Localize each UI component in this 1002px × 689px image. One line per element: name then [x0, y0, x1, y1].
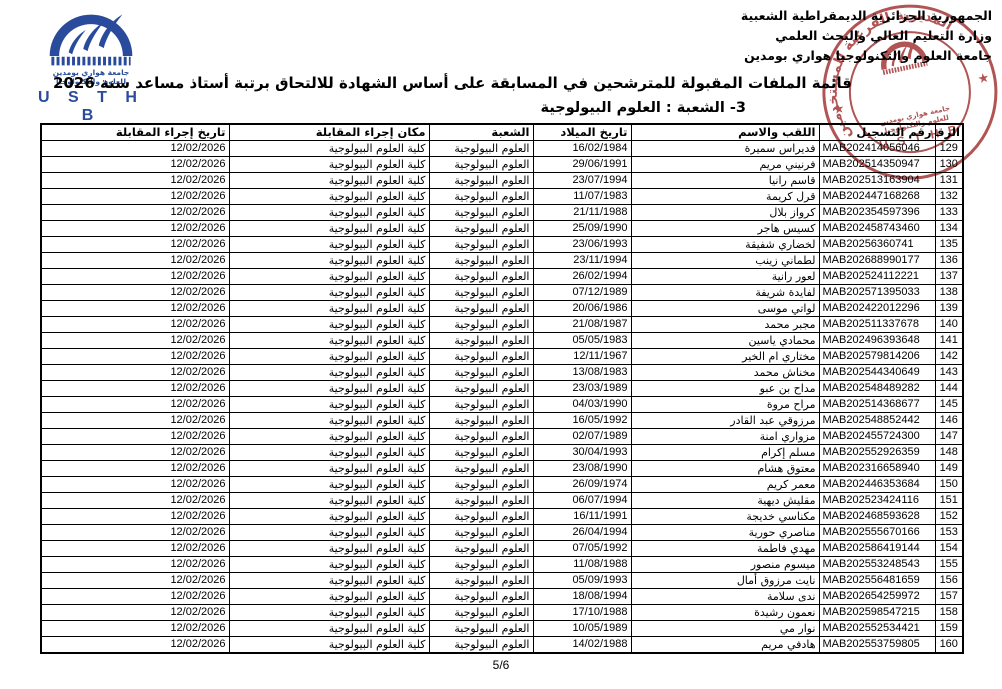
cell-no: 134 [935, 221, 963, 237]
cell-reg: MAB202468593628 [819, 509, 935, 525]
cell-branch: العلوم البيولوجية [429, 509, 533, 525]
cell-branch: العلوم البيولوجية [429, 589, 533, 605]
cell-reg: MAB202422012296 [819, 301, 935, 317]
cell-reg: MAB202514350947 [819, 157, 935, 173]
cell-no: 132 [935, 189, 963, 205]
cell-birth: 26/09/1974 [533, 477, 631, 493]
letterhead: الجمهورية الجزائرية الديمقراطية الشعبية … [741, 6, 992, 66]
cell-reg: MAB20256360741 [819, 237, 935, 253]
cell-place: كلية العلوم البيولوجية [229, 173, 429, 189]
cell-birth: 23/08/1990 [533, 461, 631, 477]
cell-birth: 25/09/1990 [533, 221, 631, 237]
page-number: 5/6 [0, 658, 1002, 672]
cell-reg: MAB202553248543 [819, 557, 935, 573]
table-row: 156MAB202556481659نايت مرزوق أمال05/09/1… [41, 573, 963, 589]
cell-place: كلية العلوم البيولوجية [229, 637, 429, 654]
cell-birth: 14/02/1988 [533, 637, 631, 654]
cell-place: كلية العلوم البيولوجية [229, 381, 429, 397]
table-row: 142MAB202579814206مختاري ام الخير12/11/1… [41, 349, 963, 365]
cell-idate: 12/02/2026 [41, 541, 229, 557]
cell-name: نوار مي [631, 621, 819, 637]
cell-idate: 12/02/2026 [41, 381, 229, 397]
cell-no: 129 [935, 141, 963, 157]
cell-no: 157 [935, 589, 963, 605]
cell-no: 138 [935, 285, 963, 301]
cell-birth: 04/03/1990 [533, 397, 631, 413]
cell-branch: العلوم البيولوجية [429, 365, 533, 381]
table-row: 140MAB202511337678مجبر محمد21/08/1987الع… [41, 317, 963, 333]
cell-name: مكناسي خديجة [631, 509, 819, 525]
column-header-2: اللقب والاسم [631, 124, 819, 141]
cell-no: 148 [935, 445, 963, 461]
cell-branch: العلوم البيولوجية [429, 637, 533, 654]
letterhead-country: الجمهورية الجزائرية الديمقراطية الشعبية [741, 6, 992, 26]
cell-place: كلية العلوم البيولوجية [229, 573, 429, 589]
cell-birth: 16/05/1992 [533, 413, 631, 429]
cell-no: 140 [935, 317, 963, 333]
cell-birth: 23/07/1994 [533, 173, 631, 189]
cell-place: كلية العلوم البيولوجية [229, 541, 429, 557]
cell-birth: 07/12/1989 [533, 285, 631, 301]
column-header-3: تاريخ الميلاد [533, 124, 631, 141]
cell-reg: MAB202555670166 [819, 525, 935, 541]
cell-idate: 12/02/2026 [41, 301, 229, 317]
cell-name: لفايدة شريفة [631, 285, 819, 301]
stamp-star-left: ★ [832, 101, 847, 118]
table-row: 132MAB202447168268قرل كريمة11/07/1983الع… [41, 189, 963, 205]
cell-place: كلية العلوم البيولوجية [229, 445, 429, 461]
cell-place: كلية العلوم البيولوجية [229, 269, 429, 285]
cell-place: كلية العلوم البيولوجية [229, 477, 429, 493]
cell-reg: MAB202598547215 [819, 605, 935, 621]
cell-no: 142 [935, 349, 963, 365]
cell-place: كلية العلوم البيولوجية [229, 253, 429, 269]
cell-name: مقليش ديهية [631, 493, 819, 509]
column-header-1: رقم التسجيل [819, 124, 935, 141]
cell-idate: 12/02/2026 [41, 189, 229, 205]
cell-idate: 12/02/2026 [41, 461, 229, 477]
cell-birth: 21/11/1988 [533, 205, 631, 221]
cell-no: 146 [935, 413, 963, 429]
table-row: 138MAB202571395033لفايدة شريفة07/12/1989… [41, 285, 963, 301]
cell-branch: العلوم البيولوجية [429, 477, 533, 493]
cell-no: 151 [935, 493, 963, 509]
cell-place: كلية العلوم البيولوجية [229, 221, 429, 237]
document-page: جامعة هواري بومدين للعلوم والتكنولوجيا U… [0, 0, 1002, 689]
cell-place: كلية العلوم البيولوجية [229, 605, 429, 621]
cell-birth: 26/02/1994 [533, 269, 631, 285]
cell-idate: 12/02/2026 [41, 589, 229, 605]
column-header-6: تاريخ إجراء المقابلة [41, 124, 229, 141]
cell-name: مهدي فاطمة [631, 541, 819, 557]
cell-place: كلية العلوم البيولوجية [229, 493, 429, 509]
cell-reg: MAB202579814206 [819, 349, 935, 365]
cell-branch: العلوم البيولوجية [429, 621, 533, 637]
table-row: 135MAB20256360741لخضاري شفيقة23/06/1993ا… [41, 237, 963, 253]
table-row: 150MAB202446353684معمر كريم26/09/1974الع… [41, 477, 963, 493]
cell-name: لطماني زينب [631, 253, 819, 269]
table-row: 157MAB202654259972ندى سلامة18/08/1994الع… [41, 589, 963, 605]
cell-branch: العلوم البيولوجية [429, 381, 533, 397]
cell-birth: 07/05/1992 [533, 541, 631, 557]
cell-idate: 12/02/2026 [41, 253, 229, 269]
logo-acronym: U S T H B [30, 89, 152, 125]
cell-idate: 12/02/2026 [41, 173, 229, 189]
cell-no: 156 [935, 573, 963, 589]
cell-birth: 12/11/1967 [533, 349, 631, 365]
cell-name: مزواري امنة [631, 429, 819, 445]
cell-name: معتوق هشام [631, 461, 819, 477]
cell-branch: العلوم البيولوجية [429, 141, 533, 157]
cell-no: 136 [935, 253, 963, 269]
cell-idate: 12/02/2026 [41, 525, 229, 541]
cell-reg: MAB202688990177 [819, 253, 935, 269]
table-row: 143MAB202544340649مخناش محمد13/08/1983ال… [41, 365, 963, 381]
cell-no: 155 [935, 557, 963, 573]
cell-birth: 05/09/1993 [533, 573, 631, 589]
cell-place: كلية العلوم البيولوجية [229, 237, 429, 253]
cell-name: مجبر محمد [631, 317, 819, 333]
cell-place: كلية العلوم البيولوجية [229, 365, 429, 381]
cell-reg: MAB202544340649 [819, 365, 935, 381]
candidates-table-body: 129MAB202414056046فديراس سميرة16/02/1984… [41, 141, 963, 654]
section-label: 3- الشعبة : العلوم البيولوجية [541, 100, 746, 116]
cell-branch: العلوم البيولوجية [429, 333, 533, 349]
cell-place: كلية العلوم البيولوجية [229, 397, 429, 413]
cell-no: 133 [935, 205, 963, 221]
cell-reg: MAB202514368677 [819, 397, 935, 413]
cell-place: كلية العلوم البيولوجية [229, 285, 429, 301]
cell-branch: العلوم البيولوجية [429, 173, 533, 189]
table-row: 146MAB202548852442مرزوقي عبد القادر16/05… [41, 413, 963, 429]
cell-reg: MAB202524112221 [819, 269, 935, 285]
cell-idate: 12/02/2026 [41, 205, 229, 221]
table-row: 147MAB202455724300مزواري امنة02/07/1989ا… [41, 429, 963, 445]
candidates-table: الرقمرقم التسجيلاللقب والاسمتاريخ الميلا… [40, 123, 964, 654]
table-row: 153MAB202555670166مناصري حورية26/04/1994… [41, 525, 963, 541]
cell-place: كلية العلوم البيولوجية [229, 141, 429, 157]
cell-no: 158 [935, 605, 963, 621]
cell-branch: العلوم البيولوجية [429, 301, 533, 317]
cell-no: 143 [935, 365, 963, 381]
cell-branch: العلوم البيولوجية [429, 605, 533, 621]
cell-name: مرزوقي عبد القادر [631, 413, 819, 429]
table-row: 154MAB202586419144مهدي فاطمة07/05/1992ال… [41, 541, 963, 557]
cell-branch: العلوم البيولوجية [429, 237, 533, 253]
cell-idate: 12/02/2026 [41, 493, 229, 509]
cell-branch: العلوم البيولوجية [429, 397, 533, 413]
table-row: 137MAB202524112221لعور رانية26/02/1994ال… [41, 269, 963, 285]
cell-name: مراح مروة [631, 397, 819, 413]
cell-branch: العلوم البيولوجية [429, 221, 533, 237]
candidates-table-wrap: الرقمرقم التسجيلاللقب والاسمتاريخ الميلا… [40, 123, 964, 654]
cell-name: قاسم رانيا [631, 173, 819, 189]
cell-no: 159 [935, 621, 963, 637]
cell-reg: MAB202654259972 [819, 589, 935, 605]
cell-reg: MAB202548852442 [819, 413, 935, 429]
cell-branch: العلوم البيولوجية [429, 189, 533, 205]
cell-branch: العلوم البيولوجية [429, 157, 533, 173]
cell-name: مختاري ام الخير [631, 349, 819, 365]
cell-place: كلية العلوم البيولوجية [229, 157, 429, 173]
table-row: 158MAB202598547215نعمون رشيدة17/10/1988ا… [41, 605, 963, 621]
cell-place: كلية العلوم البيولوجية [229, 333, 429, 349]
cell-birth: 29/06/1991 [533, 157, 631, 173]
table-row: 148MAB202552926359مسلم إكرام30/04/1993ال… [41, 445, 963, 461]
cell-idate: 12/02/2026 [41, 509, 229, 525]
cell-branch: العلوم البيولوجية [429, 285, 533, 301]
cell-no: 145 [935, 397, 963, 413]
cell-place: كلية العلوم البيولوجية [229, 349, 429, 365]
cell-branch: العلوم البيولوجية [429, 573, 533, 589]
cell-name: هادفي مريم [631, 637, 819, 654]
table-row: 159MAB202552534421نوار مي10/05/1989العلو… [41, 621, 963, 637]
cell-branch: العلوم البيولوجية [429, 349, 533, 365]
table-row: 139MAB202422012296لواتي موسى20/06/1986ال… [41, 301, 963, 317]
cell-reg: MAB202511337678 [819, 317, 935, 333]
cell-name: كرواز بلال [631, 205, 819, 221]
table-row: 145MAB202514368677مراح مروة04/03/1990الع… [41, 397, 963, 413]
cell-birth: 05/05/1983 [533, 333, 631, 349]
cell-no: 150 [935, 477, 963, 493]
column-header-4: الشعبة [429, 124, 533, 141]
cell-place: كلية العلوم البيولوجية [229, 301, 429, 317]
cell-birth: 10/05/1989 [533, 621, 631, 637]
cell-place: كلية العلوم البيولوجية [229, 525, 429, 541]
cell-reg: MAB202571395033 [819, 285, 935, 301]
cell-birth: 21/08/1987 [533, 317, 631, 333]
cell-birth: 17/10/1988 [533, 605, 631, 621]
cell-no: 141 [935, 333, 963, 349]
cell-birth: 02/07/1989 [533, 429, 631, 445]
cell-birth: 23/11/1994 [533, 253, 631, 269]
cell-idate: 12/02/2026 [41, 157, 229, 173]
table-row: 129MAB202414056046فديراس سميرة16/02/1984… [41, 141, 963, 157]
cell-idate: 12/02/2026 [41, 477, 229, 493]
cell-idate: 12/02/2026 [41, 605, 229, 621]
cell-birth: 16/02/1984 [533, 141, 631, 157]
column-header-0: الرقم [935, 124, 963, 141]
cell-no: 152 [935, 509, 963, 525]
table-row: 130MAB202514350947فرنيني مريم29/06/1991ا… [41, 157, 963, 173]
page-title: قائمة الملفات المقبولة للمترشحين في المس… [0, 74, 905, 92]
cell-name: معمر كريم [631, 477, 819, 493]
cell-idate: 12/02/2026 [41, 269, 229, 285]
cell-reg: MAB202552534421 [819, 621, 935, 637]
cell-place: كلية العلوم البيولوجية [229, 317, 429, 333]
cell-birth: 06/07/1994 [533, 493, 631, 509]
cell-name: نايت مرزوق أمال [631, 573, 819, 589]
cell-branch: العلوم البيولوجية [429, 317, 533, 333]
cell-reg: MAB202523424116 [819, 493, 935, 509]
cell-place: كلية العلوم البيولوجية [229, 429, 429, 445]
cell-reg: MAB202548489282 [819, 381, 935, 397]
cell-reg: MAB202446353684 [819, 477, 935, 493]
cell-birth: 13/08/1983 [533, 365, 631, 381]
cell-birth: 20/06/1986 [533, 301, 631, 317]
cell-reg: MAB202496393648 [819, 333, 935, 349]
cell-place: كلية العلوم البيولوجية [229, 461, 429, 477]
cell-idate: 12/02/2026 [41, 141, 229, 157]
cell-no: 149 [935, 461, 963, 477]
cell-idate: 12/02/2026 [41, 573, 229, 589]
cell-idate: 12/02/2026 [41, 557, 229, 573]
cell-no: 137 [935, 269, 963, 285]
table-row: 151MAB202523424116مقليش ديهية06/07/1994ا… [41, 493, 963, 509]
letterhead-ministry: وزارة التعليم العالي والبحث العلمي [741, 26, 992, 46]
table-row: 144MAB202548489282مداح بن عبو23/03/1989ا… [41, 381, 963, 397]
cell-no: 154 [935, 541, 963, 557]
cell-branch: العلوم البيولوجية [429, 429, 533, 445]
stamp-star-right: ★ [976, 70, 991, 87]
cell-birth: 18/08/1994 [533, 589, 631, 605]
cell-reg: MAB202556481659 [819, 573, 935, 589]
table-row: 160MAB202553759805هادفي مريم14/02/1988ال… [41, 637, 963, 654]
cell-idate: 12/02/2026 [41, 221, 229, 237]
cell-idate: 12/02/2026 [41, 429, 229, 445]
table-row: 134MAB202458743460كسيس هاجر25/09/1990الع… [41, 221, 963, 237]
cell-reg: MAB202553759805 [819, 637, 935, 654]
table-header-row: الرقمرقم التسجيلاللقب والاسمتاريخ الميلا… [41, 124, 963, 141]
table-row: 133MAB202354597396كرواز بلال21/11/1988ال… [41, 205, 963, 221]
cell-name: مداح بن عبو [631, 381, 819, 397]
cell-place: كلية العلوم البيولوجية [229, 189, 429, 205]
cell-no: 135 [935, 237, 963, 253]
cell-reg: MAB202414056046 [819, 141, 935, 157]
cell-name: نعمون رشيدة [631, 605, 819, 621]
cell-place: كلية العلوم البيولوجية [229, 413, 429, 429]
usthb-logo: جامعة هواري بومدين للعلوم والتكنولوجيا U… [30, 6, 152, 125]
cell-branch: العلوم البيولوجية [429, 493, 533, 509]
cell-no: 131 [935, 173, 963, 189]
cell-reg: MAB202447168268 [819, 189, 935, 205]
cell-branch: العلوم البيولوجية [429, 525, 533, 541]
cell-name: لخضاري شفيقة [631, 237, 819, 253]
cell-no: 139 [935, 301, 963, 317]
cell-no: 147 [935, 429, 963, 445]
cell-idate: 12/02/2026 [41, 349, 229, 365]
column-header-5: مكان إجراء المقابلة [229, 124, 429, 141]
cell-name: لواتي موسى [631, 301, 819, 317]
cell-branch: العلوم البيولوجية [429, 557, 533, 573]
cell-reg: MAB202586419144 [819, 541, 935, 557]
cell-place: كلية العلوم البيولوجية [229, 205, 429, 221]
cell-birth: 23/06/1993 [533, 237, 631, 253]
cell-reg: MAB202455724300 [819, 429, 935, 445]
cell-no: 130 [935, 157, 963, 173]
table-row: 141MAB202496393648محمادي ياسين05/05/1983… [41, 333, 963, 349]
cell-name: مخناش محمد [631, 365, 819, 381]
table-row: 149MAB202316658940معتوق هشام23/08/1990ال… [41, 461, 963, 477]
cell-branch: العلوم البيولوجية [429, 205, 533, 221]
table-row: 152MAB202468593628مكناسي خديجة16/11/1991… [41, 509, 963, 525]
cell-birth: 23/03/1989 [533, 381, 631, 397]
cell-branch: العلوم البيولوجية [429, 461, 533, 477]
cell-birth: 16/11/1991 [533, 509, 631, 525]
cell-idate: 12/02/2026 [41, 237, 229, 253]
usthb-logo-mark-icon [31, 6, 151, 68]
cell-idate: 12/02/2026 [41, 285, 229, 301]
cell-place: كلية العلوم البيولوجية [229, 621, 429, 637]
cell-idate: 12/02/2026 [41, 317, 229, 333]
cell-place: كلية العلوم البيولوجية [229, 509, 429, 525]
cell-reg: MAB202316658940 [819, 461, 935, 477]
cell-idate: 12/02/2026 [41, 621, 229, 637]
cell-name: محمادي ياسين [631, 333, 819, 349]
cell-no: 153 [935, 525, 963, 541]
cell-birth: 30/04/1993 [533, 445, 631, 461]
cell-name: فديراس سميرة [631, 141, 819, 157]
cell-name: قرل كريمة [631, 189, 819, 205]
cell-idate: 12/02/2026 [41, 637, 229, 654]
cell-reg: MAB202458743460 [819, 221, 935, 237]
cell-branch: العلوم البيولوجية [429, 445, 533, 461]
cell-name: مناصري حورية [631, 525, 819, 541]
cell-no: 144 [935, 381, 963, 397]
table-row: 131MAB202513163904قاسم رانيا23/07/1994ال… [41, 173, 963, 189]
cell-reg: MAB202513163904 [819, 173, 935, 189]
cell-birth: 26/04/1994 [533, 525, 631, 541]
cell-reg: MAB202354597396 [819, 205, 935, 221]
cell-birth: 11/07/1983 [533, 189, 631, 205]
cell-idate: 12/02/2026 [41, 365, 229, 381]
cell-place: كلية العلوم البيولوجية [229, 557, 429, 573]
cell-name: كسيس هاجر [631, 221, 819, 237]
table-row: 155MAB202553248543ميسوم منصور11/08/1988ا… [41, 557, 963, 573]
cell-idate: 12/02/2026 [41, 333, 229, 349]
table-row: 136MAB202688990177لطماني زينب23/11/1994ا… [41, 253, 963, 269]
cell-place: كلية العلوم البيولوجية [229, 589, 429, 605]
cell-name: ميسوم منصور [631, 557, 819, 573]
cell-idate: 12/02/2026 [41, 397, 229, 413]
cell-name: ندى سلامة [631, 589, 819, 605]
cell-idate: 12/02/2026 [41, 413, 229, 429]
cell-branch: العلوم البيولوجية [429, 269, 533, 285]
cell-reg: MAB202552926359 [819, 445, 935, 461]
letterhead-university: جامعة العلوم والتكنولوجيا هواري بومدين [741, 46, 992, 66]
cell-name: فرنيني مريم [631, 157, 819, 173]
cell-name: لعور رانية [631, 269, 819, 285]
cell-birth: 11/08/1988 [533, 557, 631, 573]
cell-no: 160 [935, 637, 963, 654]
cell-idate: 12/02/2026 [41, 445, 229, 461]
cell-name: مسلم إكرام [631, 445, 819, 461]
cell-branch: العلوم البيولوجية [429, 413, 533, 429]
cell-branch: العلوم البيولوجية [429, 253, 533, 269]
cell-branch: العلوم البيولوجية [429, 541, 533, 557]
